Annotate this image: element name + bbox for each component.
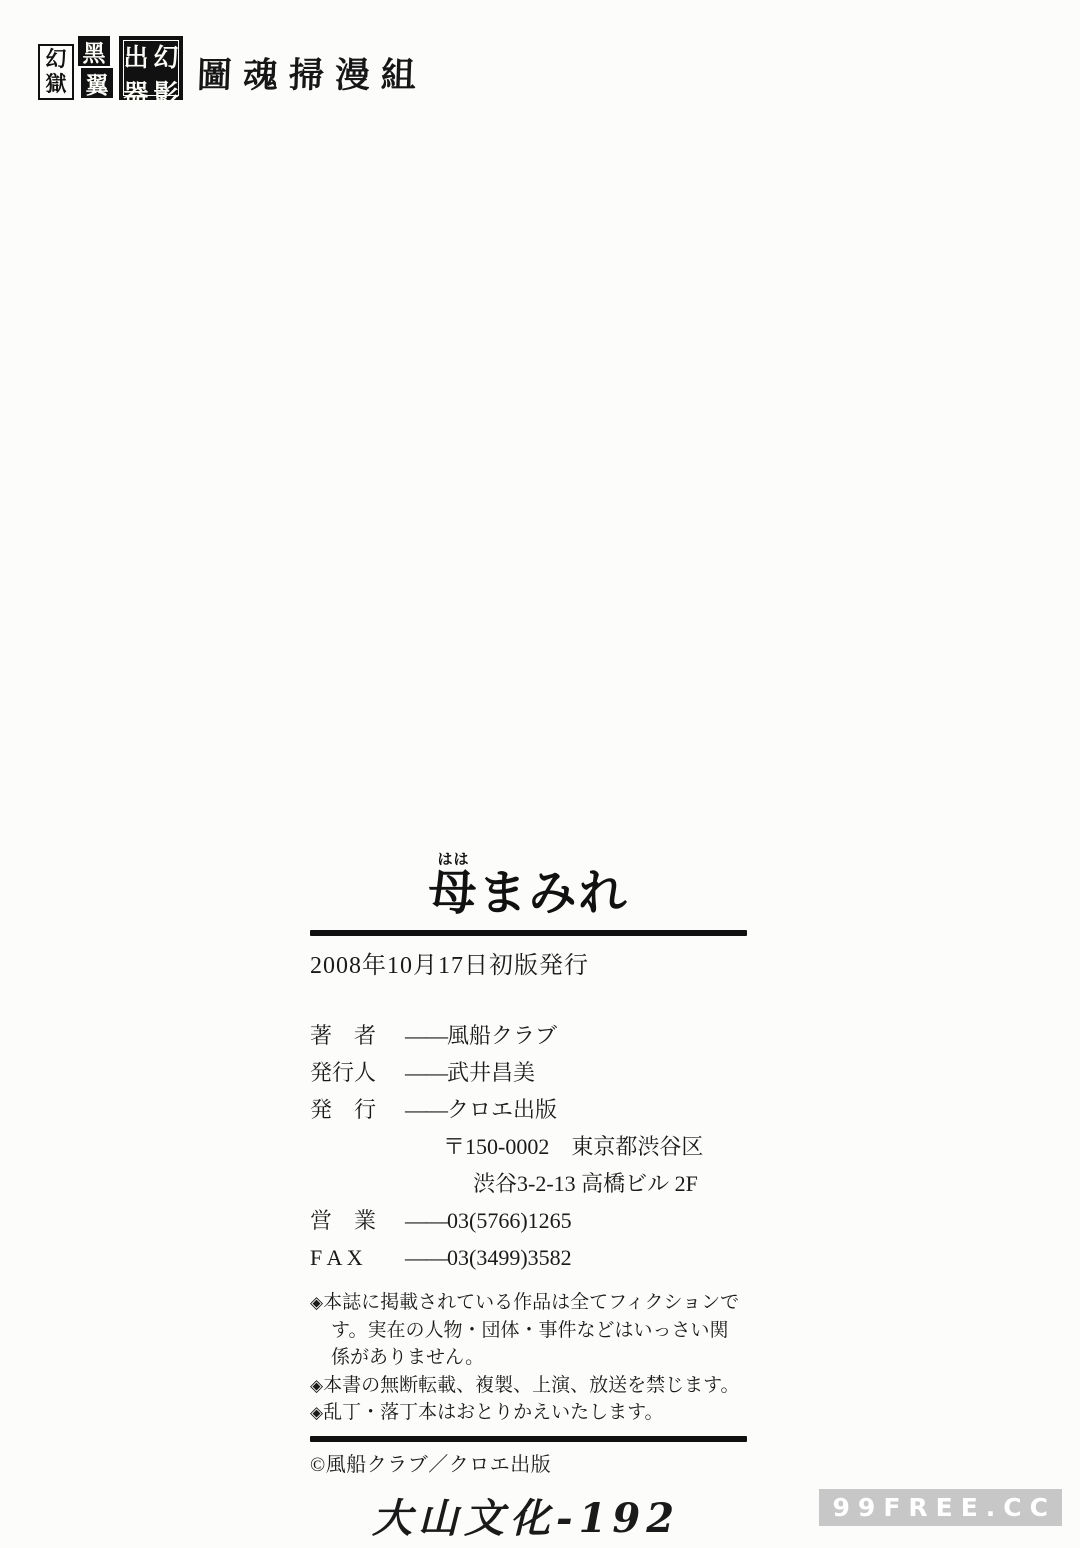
credit-value: クロエ出版: [447, 1091, 557, 1128]
notice-defective-copies: ◈乱丁・落丁本はおとりかえいたします。: [310, 1399, 747, 1427]
notice-text: 乱丁・落丁本はおとりかえいたします。: [323, 1402, 663, 1423]
genjoku-seal: 幻 獄: [38, 44, 74, 100]
scanned-colophon-page: 幻 獄 黑 翼 出 幻 器 影 圖魂掃漫組 はは 母 まみれ 2008年10月1…: [0, 0, 1080, 1548]
credit-row-sales-phone: 営 業——03(5766)1265: [310, 1202, 747, 1239]
credit-value: 03(5766)1265: [447, 1202, 572, 1239]
credit-label: 発 行: [310, 1091, 405, 1128]
diamond-bullet-icon: ◈: [310, 1376, 323, 1395]
seal-char: 獄: [46, 72, 67, 97]
kokuyoku-seal: 黑 翼: [78, 36, 113, 98]
site-watermark: 99FREE.CC: [819, 1489, 1062, 1526]
seal-char: 黑: [78, 36, 110, 66]
seal-char: 器: [123, 74, 148, 110]
copyright-line: ©風船クラブ／クロエ出版: [310, 1448, 747, 1477]
scanlation-seals: 幻 獄 黑 翼 出 幻 器 影 圖魂掃漫組: [38, 36, 427, 100]
credit-label: 営 業: [310, 1202, 405, 1239]
catalog-number: 大山文化-192: [372, 1487, 747, 1544]
title-ruby: はは 母: [428, 852, 478, 917]
scanlation-group-name: 圖魂掃漫組: [196, 48, 428, 98]
diamond-bullet-icon: ◈: [310, 1403, 323, 1422]
credit-dash: ——: [405, 1054, 447, 1091]
credit-dash: ——: [405, 1091, 447, 1128]
credits-list: 著 者——風船クラブ 発行人——武井昌美 発 行——クロエ出版 〒150-000…: [310, 1017, 747, 1276]
credit-dash: ——: [405, 1202, 447, 1239]
credit-label: F A X: [310, 1239, 405, 1276]
title-rest: まみれ: [479, 865, 629, 921]
address-line-street: 渋谷3-2-13 高橋ビル 2F: [310, 1165, 747, 1202]
credit-value: 風船クラブ: [447, 1017, 557, 1054]
notice-text: 本誌に掲載されている作品は全てフィクションです。実在の人物・団体・事件などはいっ…: [323, 1292, 739, 1368]
publication-date: 2008年10月17日初版発行: [310, 945, 747, 980]
seal-script-stamp: 出 幻 器 影: [119, 36, 183, 100]
credit-row-publishing-house: 発 行——クロエ出版: [310, 1091, 747, 1128]
credit-row-fax: F A X——03(3499)3582: [310, 1239, 747, 1276]
credit-row-author: 著 者——風船クラブ: [310, 1017, 747, 1054]
credit-dash: ——: [405, 1017, 447, 1054]
credit-value: 03(3499)3582: [447, 1239, 572, 1276]
notice-fiction-disclaimer: ◈本誌に掲載されている作品は全てフィクションです。実在の人物・団体・事件などはい…: [310, 1289, 747, 1372]
seal-char: 出: [123, 38, 148, 74]
notice-no-reproduction: ◈本書の無断転載、複製、上演、放送を禁じます。: [310, 1372, 747, 1400]
title-base-char: 母: [428, 869, 478, 917]
seal-char: 幻: [153, 38, 178, 74]
credit-value: 渋谷3-2-13 高橋ビル 2F: [473, 1165, 698, 1202]
notice-text: 本書の無断転載、複製、上演、放送を禁じます。: [323, 1375, 739, 1396]
credit-label: 著 者: [310, 1017, 405, 1054]
seal-char: 影: [153, 74, 178, 110]
credit-value: 〒150-0002 東京都渋谷区: [443, 1128, 703, 1165]
address-line-postal: 〒150-0002 東京都渋谷区: [310, 1128, 747, 1165]
notice-list: ◈本誌に掲載されている作品は全てフィクションです。実在の人物・団体・事件などはい…: [310, 1289, 747, 1427]
seal-char: 翼: [81, 68, 113, 98]
credit-dash: ——: [405, 1239, 447, 1276]
title-divider: [310, 930, 747, 936]
seal-char: 幻: [46, 47, 67, 72]
bottom-divider: [310, 1436, 747, 1442]
colophon-block: はは 母 まみれ 2008年10月17日初版発行 著 者——風船クラブ 発行人—…: [310, 852, 747, 1544]
credit-label: 発行人: [310, 1054, 405, 1091]
diamond-bullet-icon: ◈: [310, 1293, 323, 1312]
book-title: はは 母 まみれ: [310, 852, 747, 917]
credit-value: 武井昌美: [447, 1054, 535, 1091]
credit-row-publisher-person: 発行人——武井昌美: [310, 1054, 747, 1091]
